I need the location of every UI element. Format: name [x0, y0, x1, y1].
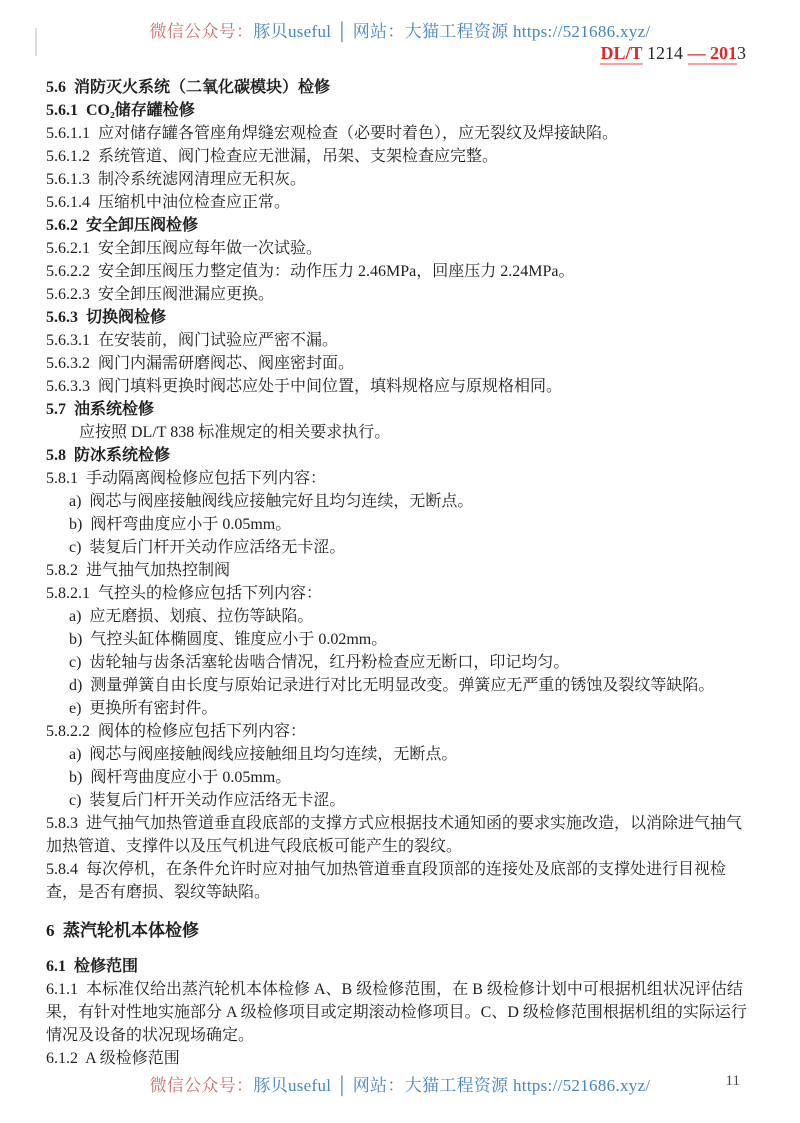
wechat-label-footer: 微信公众号： [150, 1076, 254, 1095]
doc-line: 5.6.1.4 压缩机中油位检查应正常。 [46, 191, 756, 214]
doc-line: 5.8.2.1 气控头的检修应包括下列内容： [46, 582, 756, 605]
section-heading: 5.6.3 切换阀检修 [46, 306, 756, 329]
doc-line: 5.6.3.3 阀门填料更换时阀芯应处于中间位置，填料规格应与原规格相同。 [46, 375, 756, 398]
page-number: 11 [726, 1073, 740, 1090]
doc-line: 应按照 DL/T 838 标准规定的相关要求执行。 [46, 421, 756, 444]
doc-line: a) 应无磨损、划痕、拉伤等缺陷。 [46, 605, 756, 628]
doc-line: 5.6.3.1 在安装前，阀门试验应严密不漏。 [46, 329, 756, 352]
site-label: 网站：大猫工程资源 [353, 22, 513, 41]
wechat-account: 豚贝useful [253, 22, 331, 41]
section-heading: 6 蒸汽轮机本体检修 [46, 919, 756, 942]
doc-line: 5.6.2.1 安全卸压阀应每年做一次试验。 [46, 237, 756, 260]
banner-separator-footer: │ [331, 1076, 352, 1095]
doc-line: 5.6.1.1 应对储存罐各管座角焊缝宏观检查（必要时着色），应无裂纹及焊接缺陷… [46, 122, 756, 145]
banner-separator: │ [331, 22, 352, 41]
header-banner: 微信公众号：豚贝useful │ 网站：大猫工程资源 https://52168… [0, 0, 800, 42]
site-label-footer: 网站：大猫工程资源 [353, 1076, 513, 1095]
doc-line: c) 装复后门杆开关动作应活络无卡涩。 [46, 536, 756, 559]
doc-line: 5.6.1.2 系统管道、阀门检查应无泄漏，吊架、支架检查应完整。 [46, 145, 756, 168]
standard-number: DL/T 1214 — 2013 [0, 43, 800, 64]
standard-code-number: 1214 [643, 43, 688, 63]
site-url-link-footer[interactable]: https://521686.xyz/ [513, 1076, 650, 1095]
doc-line: 6.1.1 本标准仅给出蒸汽轮机本体检修 A、B 级检修范围，在 B 级检修计划… [46, 978, 756, 1047]
section-heading: 6.1 检修范围 [46, 955, 756, 978]
section-heading: 5.6.2 安全卸压阀检修 [46, 214, 756, 237]
doc-line: b) 气控头缸体椭圆度、锥度应小于 0.02mm。 [46, 628, 756, 651]
doc-line: a) 阀芯与阀座接触阀线应接触细且均匀连续，无断点。 [46, 743, 756, 766]
doc-line: 5.8.4 每次停机，在条件允许时应对抽气加热管道垂直段顶部的连接处及底部的支撑… [46, 858, 756, 904]
doc-line: d) 测量弹簧自由长度与原始记录进行对比无明显改变。弹簧应无严重的锈蚀及裂纹等缺… [46, 674, 756, 697]
doc-line: 5.8.1 手动隔离阀检修应包括下列内容： [46, 467, 756, 490]
doc-line: b) 阀杆弯曲度应小于 0.05mm。 [46, 513, 756, 536]
section-heading: 5.8 防冰系统检修 [46, 444, 756, 467]
standard-year-red: — 201 [688, 43, 738, 65]
doc-line: e) 更换所有密封件。 [46, 697, 756, 720]
document-page: 微信公众号：豚贝useful │ 网站：大猫工程资源 https://52168… [0, 0, 800, 1123]
doc-line: 5.6.1.3 制冷系统滤网清理应无积灰。 [46, 168, 756, 191]
doc-line: 5.8.3 进气抽气加热管道垂直段底部的支撑方式应根据技术通知函的要求实施改造，… [46, 812, 756, 858]
section-heading: 5.6.1 CO₂储存罐检修 [46, 99, 756, 122]
page-edge-mark [35, 28, 37, 56]
document-body: 5.6 消防灭火系统（二氧化碳模块）检修5.6.1 CO₂储存罐检修5.6.1.… [0, 64, 800, 1070]
doc-line: 5.6.2.2 安全卸压阀压力整定值为：动作压力 2.46MPa，回座压力 2.… [46, 260, 756, 283]
doc-line: 6.1.2 A 级检修范围 [46, 1047, 756, 1070]
doc-line: a) 阀芯与阀座接触阀线应接触完好且均匀连续，无断点。 [46, 490, 756, 513]
section-heading: 5.6 消防灭火系统（二氧化碳模块）检修 [46, 76, 756, 99]
doc-line: c) 装复后门杆开关动作应活络无卡涩。 [46, 789, 756, 812]
doc-line: c) 齿轮轴与齿条活塞轮齿啮合情况，红丹粉检查应无断口，印记均匀。 [46, 651, 756, 674]
wechat-account-footer: 豚贝useful [253, 1076, 331, 1095]
doc-line: b) 阀杆弯曲度应小于 0.05mm。 [46, 766, 756, 789]
standard-code-red: DL/T [600, 43, 642, 65]
doc-line: 5.6.3.2 阀门内漏需研磨阀芯、阀座密封面。 [46, 352, 756, 375]
doc-line: 5.6.2.3 安全卸压阀泄漏应更换。 [46, 283, 756, 306]
footer-banner: 微信公众号：豚贝useful │ 网站：大猫工程资源 https://52168… [0, 1071, 800, 1096]
wechat-label: 微信公众号： [150, 22, 254, 41]
site-url-link[interactable]: https://521686.xyz/ [513, 22, 650, 41]
standard-year-tail: 3 [737, 43, 746, 63]
doc-line: 5.8.2 进气抽气加热控制阀 [46, 559, 756, 582]
section-heading: 5.7 油系统检修 [46, 398, 756, 421]
doc-line: 5.8.2.2 阀体的检修应包括下列内容： [46, 720, 756, 743]
